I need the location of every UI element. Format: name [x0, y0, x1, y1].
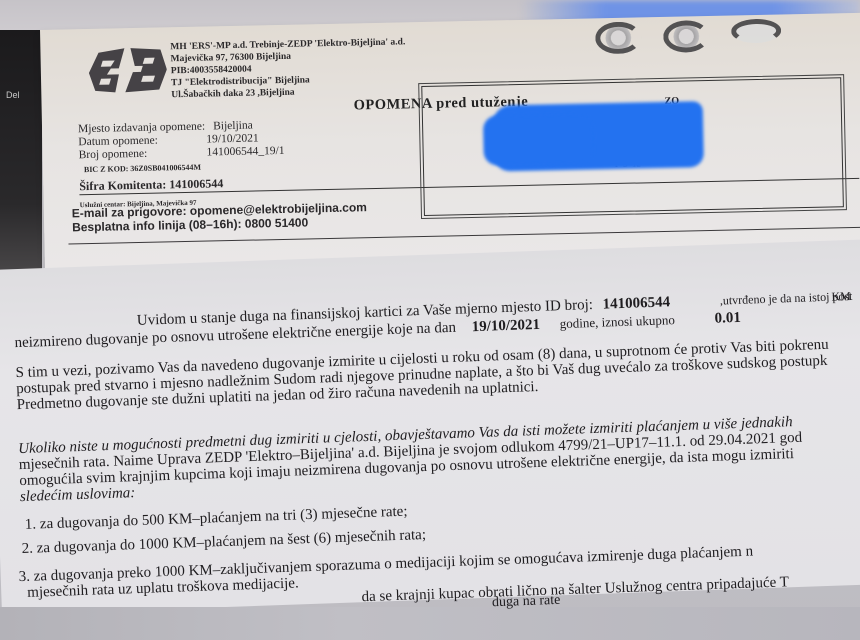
contact-block: E-mail za prigovore: opomene@elektrobije…	[72, 200, 368, 234]
debt-date: 19/10/2021	[471, 317, 540, 335]
bic-value: 36Z0SB041006544M	[130, 163, 201, 173]
cert-seal-icon	[731, 18, 781, 43]
background-edge-text: Del	[6, 90, 20, 100]
meter-id: 141006544	[602, 294, 670, 312]
currency-label: KM	[831, 288, 851, 305]
company-address-block: MH 'ERS'-MP a.d. Trebinje-ZEDP 'Elektro-…	[170, 36, 406, 101]
text: godine, iznosi ukupno	[559, 312, 675, 331]
iso-cert-icon	[663, 20, 710, 53]
client-code-label: Šifra Komitenta:	[79, 177, 166, 193]
client-code-value: 141006544	[169, 176, 223, 191]
notice-info-block: Mjesto izdavanja opomene: Bijeljina Datu…	[78, 117, 380, 212]
recipient-address-box: ZO 1–5–12	[421, 77, 844, 216]
list-item: 1. za dugovanja do 500 KM–plaćanjem na t…	[25, 504, 408, 533]
debt-amount: 0.01	[714, 310, 741, 327]
ezb-lightning-logo-icon	[88, 45, 167, 95]
letter-body-sheet: Uvidom u stanje duga na finansijskoj kar…	[0, 239, 860, 615]
number-label: Broj opomene:	[79, 147, 199, 163]
date-value: 19/10/2021	[198, 132, 259, 146]
place-value: Bijeljina	[205, 120, 253, 134]
number-value: 141006544_19/1	[198, 145, 284, 160]
paragraph-4-line: da se krajnji kupac obrati lično na šalt…	[361, 574, 789, 605]
bic-label: BIC Z KOD:	[84, 164, 129, 174]
paragraph-3-line: sledećim uslovima:	[20, 485, 136, 505]
iso-cert-icon	[595, 21, 642, 54]
certification-logos	[595, 18, 782, 54]
redaction-mark	[483, 113, 594, 165]
paragraph-4-line: duga na rate	[492, 593, 561, 611]
background-bottom	[0, 607, 860, 640]
list-item: 2. za dugovanja do 1000 KM–plaćanjem na …	[21, 527, 426, 557]
